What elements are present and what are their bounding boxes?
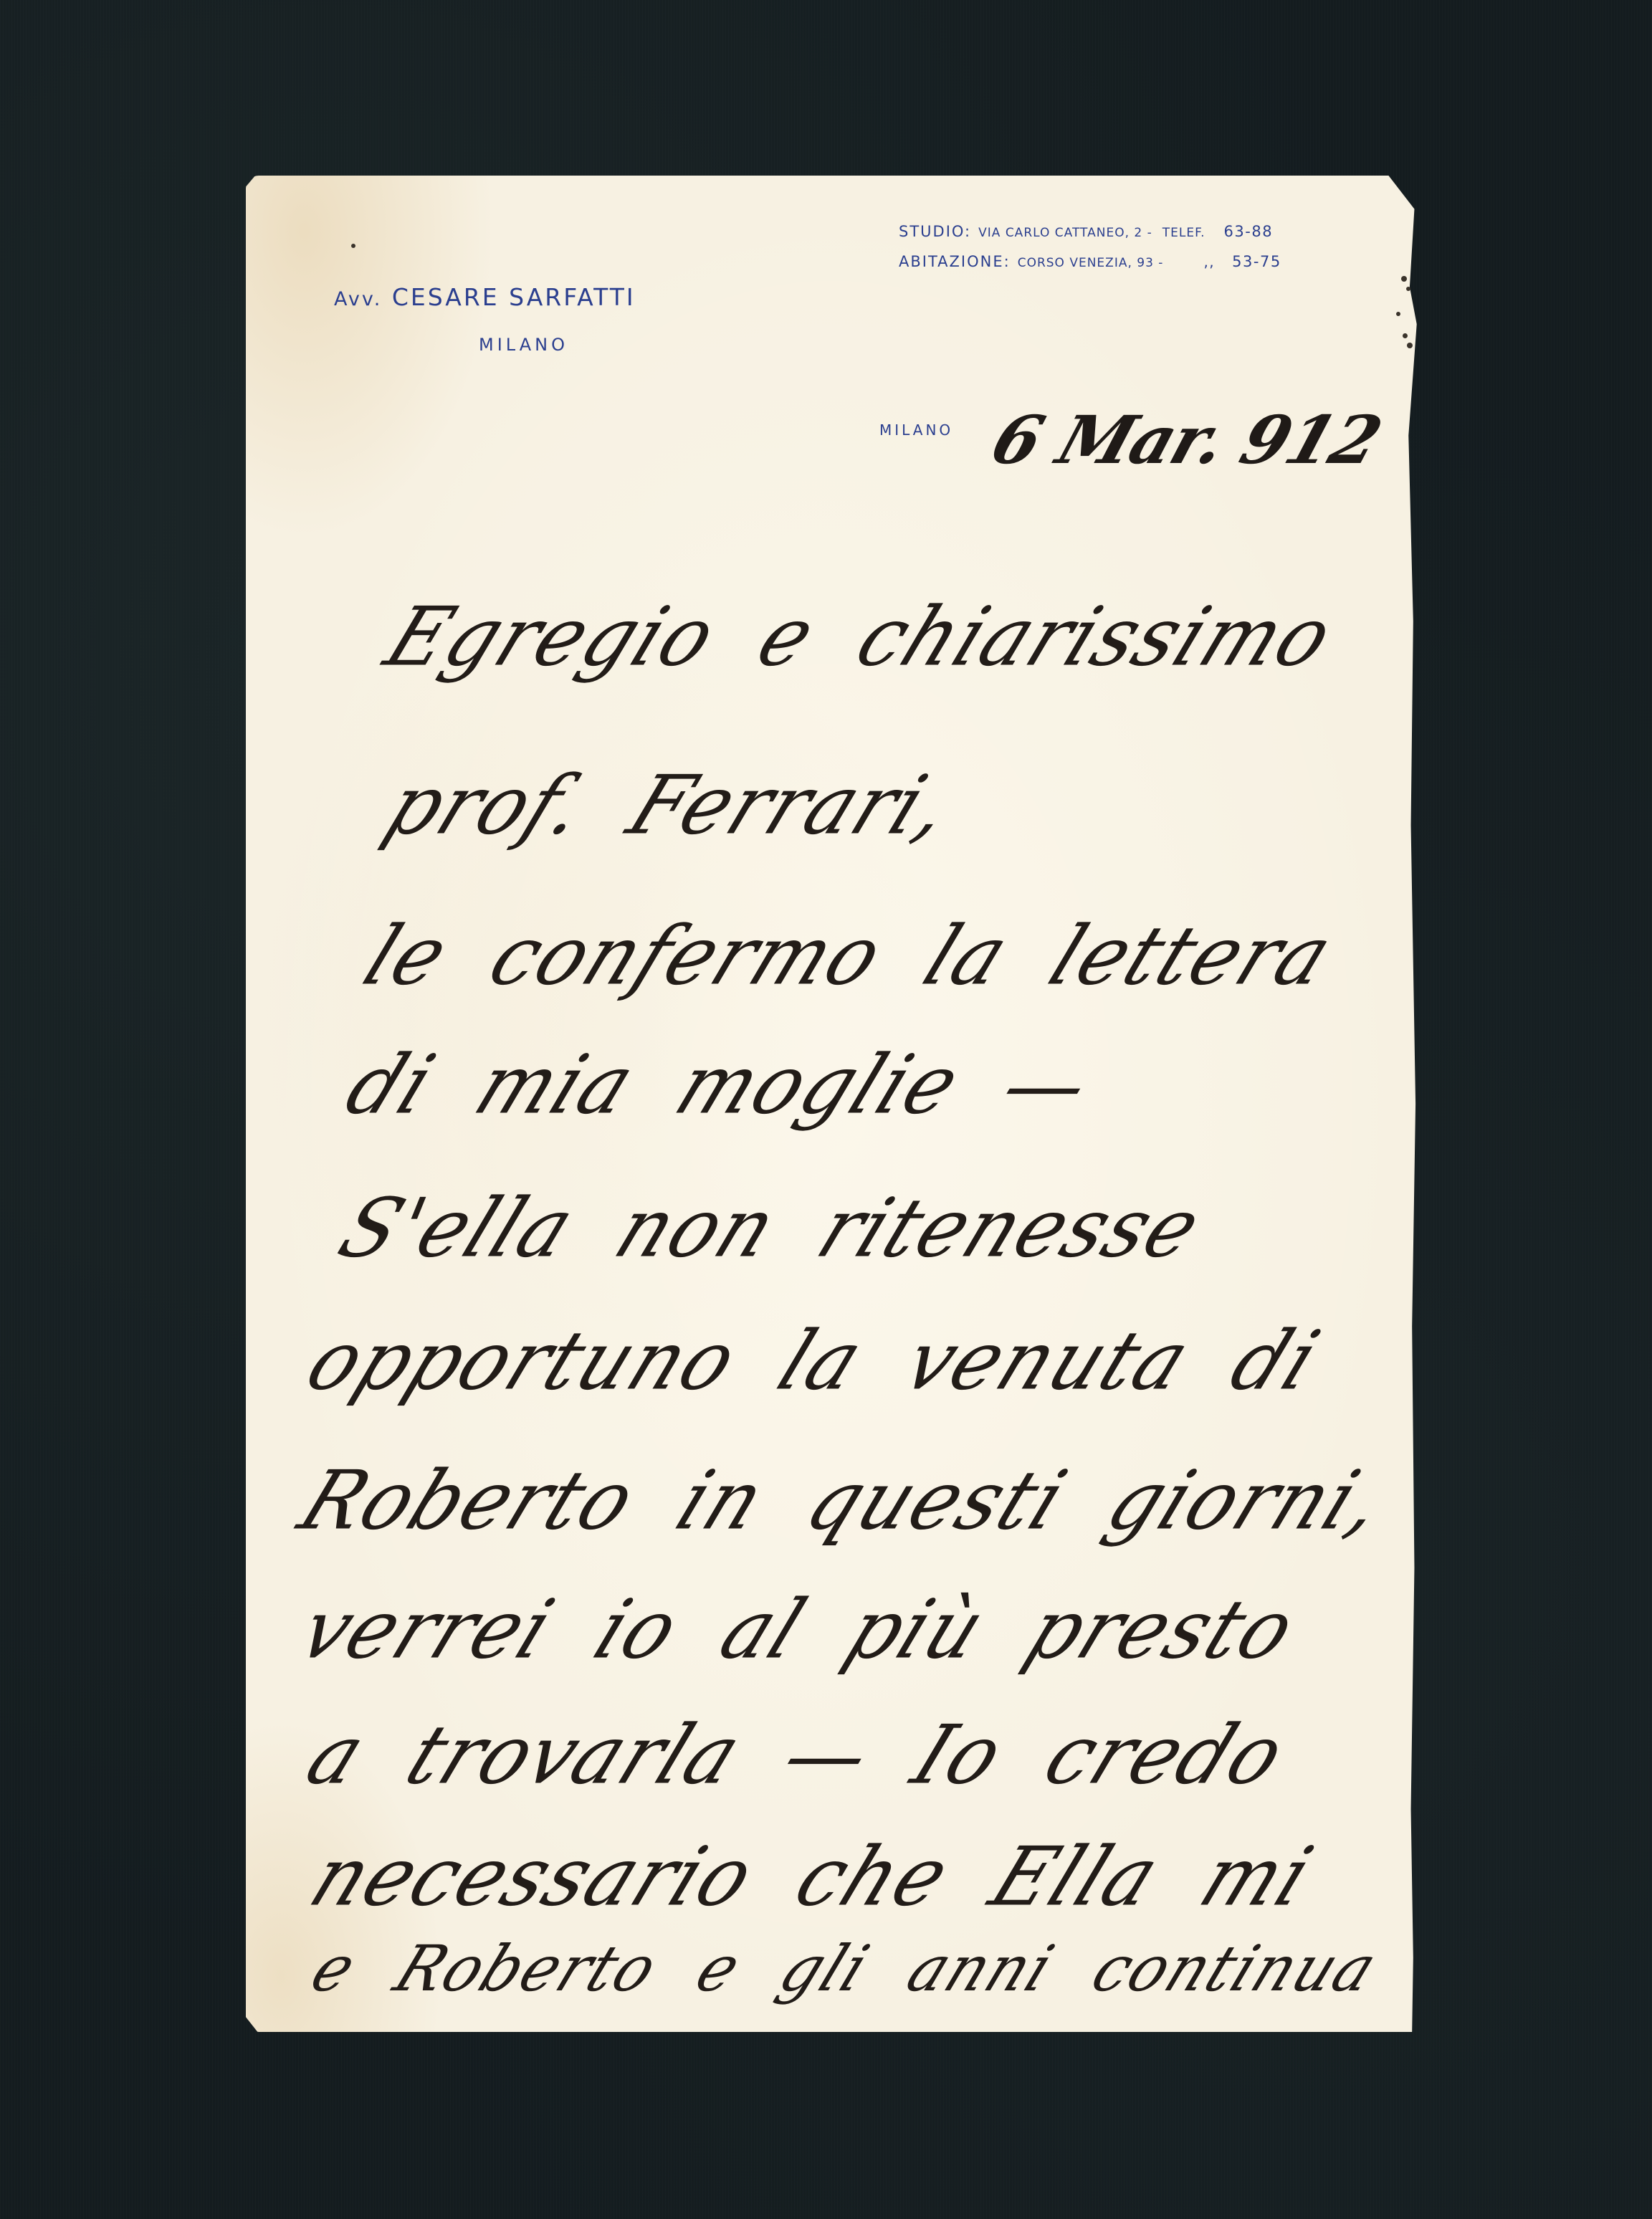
letter-line: opportuno la venuta di	[294, 1314, 1333, 1408]
letterhead-lawyer-name: CESARE SARFATTI	[392, 283, 636, 311]
letter-line: S'ella non ritenesse	[326, 1182, 1216, 1276]
contact-label: ABITAZIONE:	[899, 247, 1011, 276]
letter-line: a trovarla — Io credo	[294, 1709, 1299, 1803]
letter-line: necessario che Ella mi	[297, 1831, 1327, 1924]
letter-line: e Roberto e gli anni continua	[301, 1932, 1389, 2005]
ink-speck	[1401, 276, 1407, 282]
ink-speck	[351, 244, 355, 248]
letter-line: verrei io al più presto	[287, 1583, 1309, 1677]
ink-speck	[1403, 333, 1408, 338]
letter-line: di mia moglie —	[333, 1039, 1105, 1132]
letterhead-title-prefix: Avv.	[334, 288, 382, 310]
handwritten-date: 6 Mar. 912	[982, 401, 1390, 479]
contact-phone-label: Telef.	[1162, 219, 1205, 247]
contact-address: Via Carlo Cattaneo, 2 -	[978, 219, 1152, 247]
letterhead-city: MILANO	[479, 335, 568, 355]
contact-phone: 53-75	[1232, 247, 1281, 276]
letterhead-contacts: STUDIO: Via Carlo Cattaneo, 2 - Telef. 6…	[899, 217, 1281, 277]
letter-line: le confermo la lettera	[351, 910, 1347, 1003]
ink-speck	[1396, 312, 1400, 316]
contact-row-studio: STUDIO: Via Carlo Cattaneo, 2 - Telef. 6…	[899, 217, 1281, 247]
ink-speck	[1406, 287, 1410, 291]
contact-phone: 63-88	[1224, 217, 1274, 246]
letter-line: Egregio e chiarissimo	[373, 591, 1347, 684]
letterhead-name: Avv. CESARE SARFATTI	[334, 283, 636, 311]
dateline-place: MILANO	[879, 421, 953, 439]
ink-speck	[1407, 343, 1413, 348]
contact-row-home: ABITAZIONE: Corso Venezia, 93 - ,, 53-75	[899, 247, 1281, 277]
contact-address: Corso Venezia, 93 -	[1018, 249, 1164, 277]
contact-phone-label: ,,	[1203, 247, 1215, 276]
letter-line: Roberto in questi giorni,	[287, 1454, 1399, 1548]
letter-line: prof. Ferrari,	[373, 759, 967, 853]
contact-label: STUDIO:	[899, 217, 971, 246]
